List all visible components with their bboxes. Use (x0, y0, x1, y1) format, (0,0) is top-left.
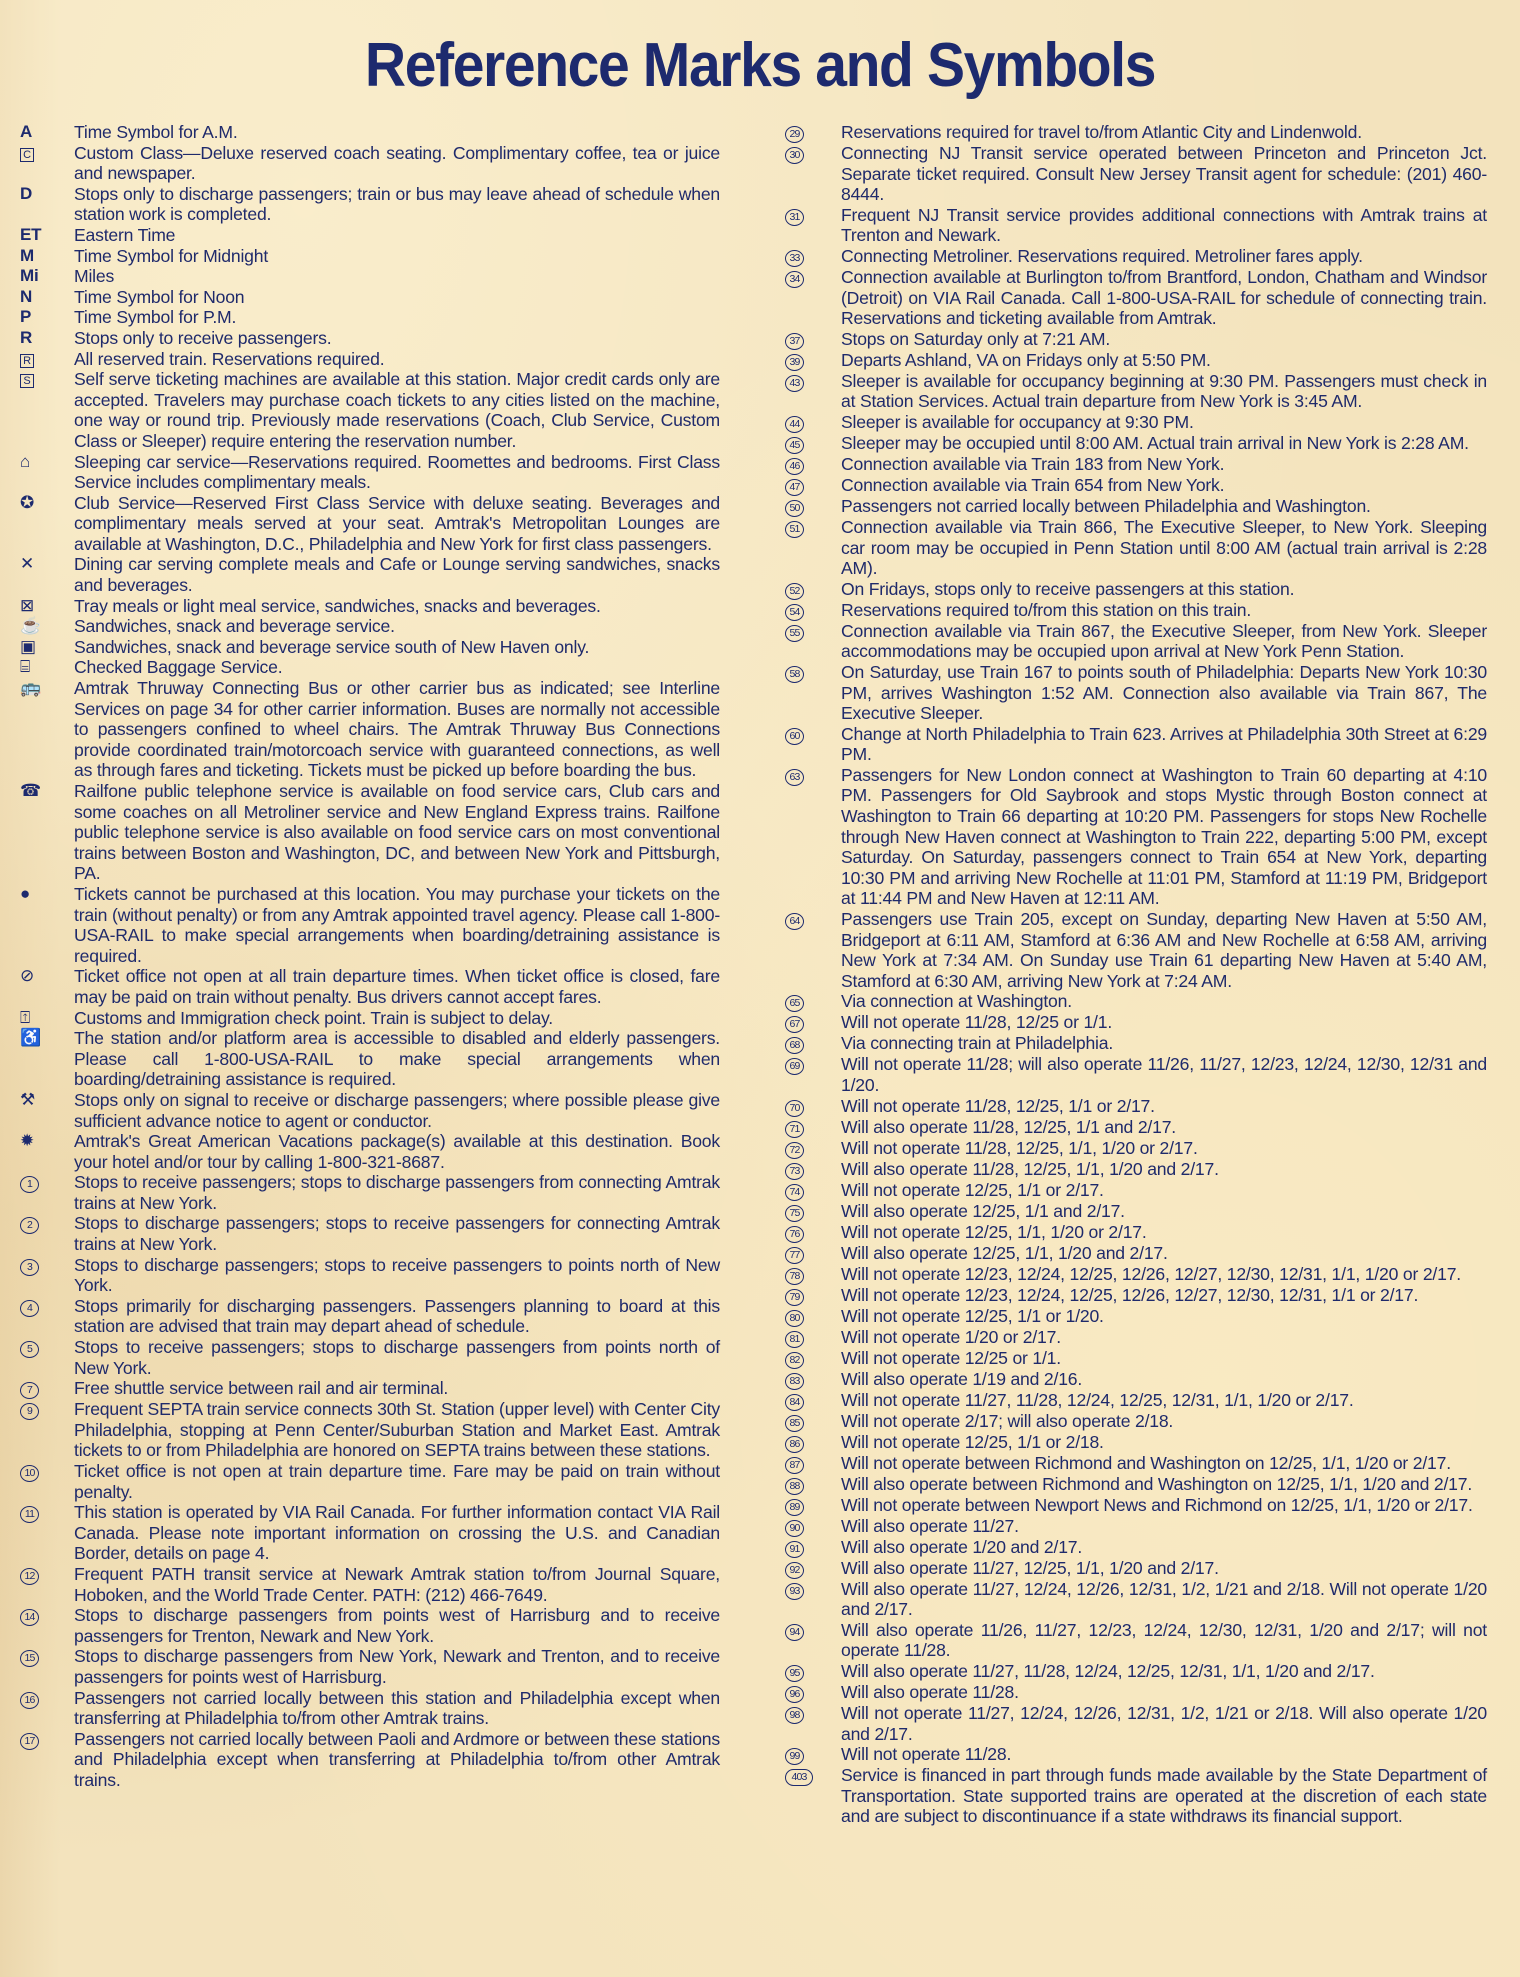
symbol-circled-number: 30 (785, 143, 841, 164)
reference-entry: 5Stops to receive passengers; stops to d… (20, 1337, 720, 1378)
entry-description: Sleeping car service—Reservations requir… (74, 452, 720, 493)
reference-entry: 2Stops to discharge passengers; stops to… (20, 1213, 720, 1254)
club-service-star-icon: ✪ (20, 493, 34, 512)
telephone-icon: ☎ (20, 781, 74, 802)
symbol-circled-number: 29 (785, 122, 841, 143)
reference-entry: 99Will not operate 11/28. (785, 1744, 1487, 1765)
customs-icon: ⍐ (20, 1008, 74, 1029)
symbol-circled-number: 60 (785, 724, 841, 745)
reference-entry: MTime Symbol for Midnight (20, 246, 720, 267)
reference-entry: 90Will also operate 11/27. (785, 1516, 1487, 1537)
reference-entry: 11This station is operated by VIA Rail C… (20, 1502, 720, 1564)
entry-description: Self serve ticketing machines are availa… (74, 369, 720, 451)
reference-entry: 47Connection available via Train 654 fro… (785, 475, 1487, 496)
reference-entry: 50Passengers not carried locally between… (785, 496, 1487, 517)
dining-car-icon: ✕ (20, 554, 34, 573)
entry-description: Sandwiches, snack and beverage service s… (74, 637, 720, 658)
reference-entry: 55Connection available via Train 867, th… (785, 621, 1487, 662)
entry-description: Will not operate 11/28, 12/25, 1/1, 1/20… (841, 1138, 1487, 1159)
symbol-circled-number: 81 (785, 1327, 841, 1348)
entry-description: Stops only to discharge passengers; trai… (74, 184, 720, 225)
reference-entry: 72Will not operate 11/28, 12/25, 1/1, 1/… (785, 1138, 1487, 1159)
reference-entry: 🚌Amtrak Thruway Connecting Bus or other … (20, 678, 720, 781)
entry-description: Stops to discharge passengers; stops to … (74, 1213, 720, 1254)
sleeping-car-icon: ⌂ (20, 452, 30, 471)
reference-entry: SSelf serve ticketing machines are avail… (20, 369, 720, 451)
reference-entry: 69Will not operate 11/28; will also oper… (785, 1054, 1487, 1095)
entry-description: Will also operate 11/27, 11/28, 12/24, 1… (841, 1661, 1487, 1682)
symbol-circled-number: 77 (785, 1243, 841, 1264)
symbol-circled-number: 11 (20, 1502, 74, 1523)
symbol-circled-number: 73 (785, 1159, 841, 1180)
reference-entry: 79Will not operate 12/23, 12/24, 12/25, … (785, 1285, 1487, 1306)
reference-entry: 94Will also operate 11/26, 11/27, 12/23,… (785, 1620, 1487, 1661)
entry-description: Connection available at Burlington to/fr… (841, 267, 1487, 329)
entry-description: Will not operate 12/25, 1/1 or 2/17. (841, 1180, 1487, 1201)
symbol-circled-number: 69 (785, 1054, 841, 1075)
symbol-letter: A (20, 122, 74, 143)
reference-entry: 71Will also operate 11/28, 12/25, 1/1 an… (785, 1117, 1487, 1138)
symbol-circled-number: 51 (785, 517, 841, 538)
wheelchair-icon: ♿ (20, 1028, 74, 1049)
entry-description: Will also operate between Richmond and W… (841, 1474, 1487, 1495)
reference-entry: 76Will not operate 12/25, 1/1, 1/20 or 2… (785, 1222, 1487, 1243)
symbol-circled-number: 64 (785, 909, 841, 930)
reference-entry: MiMiles (20, 266, 720, 287)
symbol-letter: P (20, 307, 74, 328)
reference-entry: 43Sleeper is available for occupancy beg… (785, 371, 1487, 412)
reference-entry: 83Will also operate 1/19 and 2/16. (785, 1369, 1487, 1390)
bus-icon: 🚌 (20, 678, 41, 697)
symbol-letter: R (20, 328, 74, 349)
reference-entry: 67Will not operate 11/28, 12/25 or 1/1. (785, 1012, 1487, 1033)
reference-entry: 30Connecting NJ Transit service operated… (785, 143, 1487, 205)
no-ticket-office-icon: ⊘ (20, 966, 74, 987)
symbol-circled-number: 52 (785, 579, 841, 600)
symbol-circled-number: 44 (785, 412, 841, 433)
entry-description: Time Symbol for Midnight (74, 246, 720, 267)
entry-description: Service is financed in part through fund… (841, 1765, 1487, 1827)
symbol-circled-number: 3 (20, 1255, 74, 1276)
symbol-circled-number: 14 (20, 1605, 74, 1626)
telephone-icon: ☎ (20, 781, 41, 800)
symbol-circled-number: 2 (20, 1213, 74, 1234)
reference-entry: 73Will also operate 11/28, 12/25, 1/1, 1… (785, 1159, 1487, 1180)
reference-entry: 87Will not operate between Richmond and … (785, 1453, 1487, 1474)
reference-entry: 33Connecting Metroliner. Reservations re… (785, 246, 1487, 267)
entry-description: On Fridays, stops only to receive passen… (841, 579, 1487, 600)
entry-description: Checked Baggage Service. (74, 657, 720, 678)
entry-description: Free shuttle service between rail and ai… (74, 1378, 720, 1399)
symbol-letter: ET (20, 225, 74, 246)
vacation-burst-icon: ✹ (20, 1131, 74, 1152)
symbol-circled-number: 70 (785, 1096, 841, 1117)
entry-description: Via connection at Washington. (841, 991, 1487, 1012)
reference-entry: ATime Symbol for A.M. (20, 122, 720, 143)
symbol-circled-number: 10 (20, 1461, 74, 1482)
symbol-circled-number: 86 (785, 1432, 841, 1453)
boxed-cup-icon: ▣ (20, 637, 36, 656)
sleeping-car-icon: ⌂ (20, 452, 74, 473)
entry-description: Connecting Metroliner. Reservations requ… (841, 246, 1487, 267)
reference-entry: 403Service is financed in part through f… (785, 1765, 1487, 1827)
page-title: Reference Marks and Symbols (61, 30, 1459, 101)
right-column: 29Reservations required for travel to/fr… (785, 122, 1487, 1827)
entry-description: Will also operate 1/20 and 2/17. (841, 1537, 1487, 1558)
reference-entry: 65Via connection at Washington. (785, 991, 1487, 1012)
entry-description: Will also operate 11/28, 12/25, 1/1 and … (841, 1117, 1487, 1138)
symbol-circled-number: 43 (785, 371, 841, 392)
entry-description: Stops to discharge passengers from point… (74, 1605, 720, 1646)
entry-description: Will not operate 12/23, 12/24, 12/25, 12… (841, 1285, 1487, 1306)
reference-entry: 34Connection available at Burlington to/… (785, 267, 1487, 329)
reference-entry: 60Change at North Philadelphia to Train … (785, 724, 1487, 765)
reference-entry: 31Frequent NJ Transit service provides a… (785, 205, 1487, 246)
dining-car-icon: ✕ (20, 554, 74, 575)
entry-description: Departs Ashland, VA on Fridays only at 5… (841, 350, 1487, 371)
entry-description: Time Symbol for A.M. (74, 122, 720, 143)
reference-entry: 54Reservations required to/from this sta… (785, 600, 1487, 621)
entry-description: Will not operate 11/28, 12/25, 1/1 or 2/… (841, 1096, 1487, 1117)
symbol-circled-number: 79 (785, 1285, 841, 1306)
reference-entry: 91Will also operate 1/20 and 2/17. (785, 1537, 1487, 1558)
symbol-circled-number: 82 (785, 1348, 841, 1369)
entry-description: Passengers not carried locally between P… (841, 496, 1487, 517)
entry-description: Time Symbol for P.M. (74, 307, 720, 328)
symbol-circled-number: 403 (785, 1765, 841, 1786)
reference-entry: 10Ticket office is not open at train dep… (20, 1461, 720, 1502)
reference-entry: ♿The station and/or platform area is acc… (20, 1028, 720, 1090)
reference-entry: 93Will also operate 11/27, 12/24, 12/26,… (785, 1579, 1487, 1620)
symbol-circled-number: 93 (785, 1579, 841, 1600)
entry-description: Will not operate 1/20 or 2/17. (841, 1327, 1487, 1348)
symbol-boxed-letter: S (20, 369, 74, 390)
entry-description: Reservations required to/from this stati… (841, 600, 1487, 621)
reference-entry: 68Via connecting train at Philadelphia. (785, 1033, 1487, 1054)
entry-description: Connection available via Train 866, The … (841, 517, 1487, 579)
entry-description: Will also operate 11/27. (841, 1516, 1487, 1537)
symbol-circled-number: 15 (20, 1646, 74, 1667)
symbol-circled-number: 55 (785, 621, 841, 642)
reference-entry: ⚒Stops only on signal to receive or disc… (20, 1090, 720, 1131)
reference-entry: ETEastern Time (20, 225, 720, 246)
reference-entry: ⊘Ticket office not open at all train dep… (20, 966, 720, 1007)
entry-description: Custom Class—Deluxe reserved coach seati… (74, 143, 720, 184)
reference-entry: ☎Railfone public telephone service is av… (20, 781, 720, 884)
reference-entry: 39Departs Ashland, VA on Fridays only at… (785, 350, 1487, 371)
symbol-circled-number: 5 (20, 1337, 74, 1358)
customs-icon: ⍐ (20, 1008, 30, 1027)
entry-description: Will not operate 2/17; will also operate… (841, 1411, 1487, 1432)
symbol-circled-number: 67 (785, 1012, 841, 1033)
entry-description: Change at North Philadelphia to Train 62… (841, 724, 1487, 765)
reference-entry: 17Passengers not carried locally between… (20, 1729, 720, 1791)
reference-entry: 89Will not operate between Newport News … (785, 1495, 1487, 1516)
reference-entry: 44Sleeper is available for occupancy at … (785, 412, 1487, 433)
symbol-circled-number: 90 (785, 1516, 841, 1537)
symbol-circled-number: 80 (785, 1306, 841, 1327)
entry-description: Stops to receive passengers; stops to di… (74, 1337, 720, 1378)
reference-entry: ⍐Customs and Immigration check point. Tr… (20, 1008, 720, 1029)
reference-entry: 45Sleeper may be occupied until 8:00 AM.… (785, 433, 1487, 454)
entry-description: Passengers not carried locally between t… (74, 1688, 720, 1729)
entry-description: Sandwiches, snack and beverage service. (74, 616, 720, 637)
reference-entry: DStops only to discharge passengers; tra… (20, 184, 720, 225)
symbol-circled-number: 31 (785, 205, 841, 226)
entry-description: Tickets cannot be purchased at this loca… (74, 884, 720, 966)
entry-description: Will also operate 12/25, 1/1 and 2/17. (841, 1201, 1487, 1222)
entry-description: Stops to discharge passengers; stops to … (74, 1255, 720, 1296)
symbol-circled-number: 85 (785, 1411, 841, 1432)
entry-description: Tray meals or light meal service, sandwi… (74, 596, 720, 617)
filled-dot-icon: ● (20, 884, 74, 905)
symbol-boxed-letter: C (20, 143, 74, 164)
reference-entry: 29Reservations required for travel to/fr… (785, 122, 1487, 143)
symbol-circled-number: 16 (20, 1688, 74, 1709)
symbol-circled-number: 54 (785, 600, 841, 621)
symbol-circled-number: 94 (785, 1620, 841, 1641)
entry-description: Time Symbol for Noon (74, 287, 720, 308)
entry-description: Eastern Time (74, 225, 720, 246)
cup-icon: ☕ (20, 616, 41, 635)
symbol-letter: Mi (20, 266, 74, 287)
entry-description: Stops to receive passengers; stops to di… (74, 1172, 720, 1213)
symbol-circled-number: 17 (20, 1729, 74, 1750)
baggage-icon: ⌸ (20, 657, 74, 678)
symbol-circled-number: 92 (785, 1558, 841, 1579)
reference-entry: 75Will also operate 12/25, 1/1 and 2/17. (785, 1201, 1487, 1222)
reference-entry: 4Stops primarily for discharging passeng… (20, 1296, 720, 1337)
entry-description: Stops primarily for discharging passenge… (74, 1296, 720, 1337)
symbol-circled-number: 47 (785, 475, 841, 496)
symbol-circled-number: 99 (785, 1744, 841, 1765)
reference-entry: ✪Club Service—Reserved First Class Servi… (20, 493, 720, 555)
boxed-cup-icon: ▣ (20, 637, 74, 658)
reference-entry: 51Connection available via Train 866, Th… (785, 517, 1487, 579)
entry-description: Will also operate 11/26, 11/27, 12/23, 1… (841, 1620, 1487, 1661)
symbol-circled-number: 9 (20, 1399, 74, 1420)
reference-entry: 78Will not operate 12/23, 12/24, 12/25, … (785, 1264, 1487, 1285)
tray-meal-icon: ⊠ (20, 596, 74, 617)
symbol-circled-number: 63 (785, 765, 841, 786)
reference-entry: 82Will not operate 12/25 or 1/1. (785, 1348, 1487, 1369)
reference-entry: 64Passengers use Train 205, except on Su… (785, 909, 1487, 991)
entry-description: Will not operate between Richmond and Wa… (841, 1453, 1487, 1474)
symbol-circled-number: 33 (785, 246, 841, 267)
reference-entry: 81Will not operate 1/20 or 2/17. (785, 1327, 1487, 1348)
reference-entry: 85Will not operate 2/17; will also opera… (785, 1411, 1487, 1432)
reference-entry: 9Frequent SEPTA train service connects 3… (20, 1399, 720, 1461)
entry-description: Sleeper is available for occupancy begin… (841, 371, 1487, 412)
symbol-circled-number: 72 (785, 1138, 841, 1159)
entry-description: Will not operate 12/25 or 1/1. (841, 1348, 1487, 1369)
symbol-circled-number: 58 (785, 662, 841, 683)
entry-description: Stops only to receive passengers. (74, 328, 720, 349)
entry-description: Will not operate between Newport News an… (841, 1495, 1487, 1516)
symbol-circled-number: 50 (785, 496, 841, 517)
reference-entry: 98Will not operate 11/27, 12/24, 12/26, … (785, 1703, 1487, 1744)
filled-dot-icon: ● (20, 884, 30, 903)
symbol-circled-number: 46 (785, 454, 841, 475)
entry-description: Frequent NJ Transit service provides add… (841, 205, 1487, 246)
symbol-circled-number: 88 (785, 1474, 841, 1495)
entry-description: Passengers not carried locally between P… (74, 1729, 720, 1791)
entry-description: Club Service—Reserved First Class Servic… (74, 493, 720, 555)
reference-entry: ✹Amtrak's Great American Vacations packa… (20, 1131, 720, 1172)
entry-description: Passengers use Train 205, except on Sund… (841, 909, 1487, 991)
entry-description: Will not operate 12/25, 1/1, 1/20 or 2/1… (841, 1222, 1487, 1243)
symbol-letter: D (20, 184, 74, 205)
entry-description: Amtrak Thruway Connecting Bus or other c… (74, 678, 720, 781)
symbol-letter: N (20, 287, 74, 308)
vacation-burst-icon: ✹ (20, 1131, 34, 1150)
reference-entry: ⌸Checked Baggage Service. (20, 657, 720, 678)
symbol-circled-number: 84 (785, 1390, 841, 1411)
reference-entry: 88Will also operate between Richmond and… (785, 1474, 1487, 1495)
entry-description: Will not operate 11/27, 12/24, 12/26, 12… (841, 1703, 1487, 1744)
symbol-circled-number: 83 (785, 1369, 841, 1390)
reference-entry: 95Will also operate 11/27, 11/28, 12/24,… (785, 1661, 1487, 1682)
flag-stop-icon: ⚒ (20, 1090, 35, 1109)
entry-description: Will not operate 12/23, 12/24, 12/25, 12… (841, 1264, 1487, 1285)
reference-entry: ✕Dining car serving complete meals and C… (20, 554, 720, 595)
club-service-star-icon: ✪ (20, 493, 74, 514)
entry-description: Will not operate 11/28. (841, 1744, 1487, 1765)
reference-entry: 1Stops to receive passengers; stops to d… (20, 1172, 720, 1213)
entry-description: Will also operate 11/28, 12/25, 1/1, 1/2… (841, 1159, 1487, 1180)
reference-entry: 63Passengers for New London connect at W… (785, 765, 1487, 909)
reference-entry: 86Will not operate 12/25, 1/1 or 2/18. (785, 1432, 1487, 1453)
entry-description: Will also operate 11/27, 12/25, 1/1, 1/2… (841, 1558, 1487, 1579)
reference-entry: 77Will also operate 12/25, 1/1, 1/20 and… (785, 1243, 1487, 1264)
symbol-circled-number: 75 (785, 1201, 841, 1222)
entry-description: Will not operate 11/28; will also operat… (841, 1054, 1487, 1095)
symbol-circled-number: 74 (785, 1180, 841, 1201)
reference-entry: ⌂Sleeping car service—Reservations requi… (20, 452, 720, 493)
reference-entry: RAll reserved train. Reservations requir… (20, 349, 720, 370)
reference-entry: ▣Sandwiches, snack and beverage service … (20, 637, 720, 658)
entry-description: Railfone public telephone service is ava… (74, 781, 720, 884)
entry-description: Sleeper may be occupied until 8:00 AM. A… (841, 433, 1487, 454)
reference-entry: 74Will not operate 12/25, 1/1 or 2/17. (785, 1180, 1487, 1201)
entry-description: Will not operate 12/25, 1/1 or 2/18. (841, 1432, 1487, 1453)
entry-description: Will also operate 1/19 and 2/16. (841, 1369, 1487, 1390)
entry-description: Connection available via Train 183 from … (841, 454, 1487, 475)
symbol-circled-number: 71 (785, 1117, 841, 1138)
cup-icon: ☕ (20, 616, 74, 637)
reference-entry: NTime Symbol for Noon (20, 287, 720, 308)
entry-description: Stops only on signal to receive or disch… (74, 1090, 720, 1131)
reference-entry: 70Will not operate 11/28, 12/25, 1/1 or … (785, 1096, 1487, 1117)
entry-description: Will not operate 11/27, 11/28, 12/24, 12… (841, 1390, 1487, 1411)
reference-entry: 12Frequent PATH transit service at Newar… (20, 1564, 720, 1605)
entry-description: On Saturday, use Train 167 to points sou… (841, 662, 1487, 724)
entry-description: Ticket office not open at all train depa… (74, 966, 720, 1007)
symbol-circled-number: 39 (785, 350, 841, 371)
reference-entry: PTime Symbol for P.M. (20, 307, 720, 328)
entry-description: Will also operate 12/25, 1/1, 1/20 and 2… (841, 1243, 1487, 1264)
bus-icon: 🚌 (20, 678, 74, 699)
reference-entry: CCustom Class—Deluxe reserved coach seat… (20, 143, 720, 184)
entry-description: Customs and Immigration check point. Tra… (74, 1008, 720, 1029)
reference-entry: ⊠Tray meals or light meal service, sandw… (20, 596, 720, 617)
reference-entry: ●Tickets cannot be purchased at this loc… (20, 884, 720, 966)
entry-description: Passengers for New London connect at Was… (841, 765, 1487, 909)
reference-entry: 46Connection available via Train 183 fro… (785, 454, 1487, 475)
entry-description: Frequent PATH transit service at Newark … (74, 1564, 720, 1605)
entry-description: Sleeper is available for occupancy at 9:… (841, 412, 1487, 433)
reference-entry: ☕Sandwiches, snack and beverage service. (20, 616, 720, 637)
symbol-circled-number: 7 (20, 1378, 74, 1399)
symbol-circled-number: 91 (785, 1537, 841, 1558)
no-ticket-office-icon: ⊘ (20, 966, 34, 985)
reference-entry: 16Passengers not carried locally between… (20, 1688, 720, 1729)
symbol-circled-number: 68 (785, 1033, 841, 1054)
reference-entry: 14Stops to discharge passengers from poi… (20, 1605, 720, 1646)
flag-stop-icon: ⚒ (20, 1090, 74, 1111)
entry-description: Dining car serving complete meals and Ca… (74, 554, 720, 595)
symbol-circled-number: 95 (785, 1661, 841, 1682)
reference-entry: 7Free shuttle service between rail and a… (20, 1378, 720, 1399)
entry-description: This station is operated by VIA Rail Can… (74, 1502, 720, 1564)
symbol-circled-number: 37 (785, 329, 841, 350)
tray-meal-icon: ⊠ (20, 596, 34, 615)
symbol-circled-number: 34 (785, 267, 841, 288)
entry-description: Will not operate 11/28, 12/25 or 1/1. (841, 1012, 1487, 1033)
symbol-letter: M (20, 246, 74, 267)
symbol-circled-number: 89 (785, 1495, 841, 1516)
entry-description: Amtrak's Great American Vacations packag… (74, 1131, 720, 1172)
symbol-circled-number: 45 (785, 433, 841, 454)
reference-entry: 52On Fridays, stops only to receive pass… (785, 579, 1487, 600)
symbol-circled-number: 87 (785, 1453, 841, 1474)
baggage-icon: ⌸ (20, 657, 30, 676)
symbol-circled-number: 65 (785, 991, 841, 1012)
symbol-circled-number: 1 (20, 1172, 74, 1193)
entry-description: Will also operate 11/28. (841, 1682, 1487, 1703)
reference-entry: 3Stops to discharge passengers; stops to… (20, 1255, 720, 1296)
entry-description: Miles (74, 266, 720, 287)
symbol-circled-number: 78 (785, 1264, 841, 1285)
symbol-circled-number: 98 (785, 1703, 841, 1724)
reference-entry: 92Will also operate 11/27, 12/25, 1/1, 1… (785, 1558, 1487, 1579)
entry-description: Connection available via Train 867, the … (841, 621, 1487, 662)
symbol-circled-number: 76 (785, 1222, 841, 1243)
left-column: ATime Symbol for A.M.CCustom Class—Delux… (20, 122, 720, 1791)
entry-description: Will not operate 12/25, 1/1 or 1/20. (841, 1306, 1487, 1327)
entry-description: The station and/or platform area is acce… (74, 1028, 720, 1090)
entry-description: Connection available via Train 654 from … (841, 475, 1487, 496)
entry-description: Stops to discharge passengers from New Y… (74, 1646, 720, 1687)
reference-entry: 58On Saturday, use Train 167 to points s… (785, 662, 1487, 724)
reference-entry: RStops only to receive passengers. (20, 328, 720, 349)
symbol-circled-number: 96 (785, 1682, 841, 1703)
reference-entry: 37Stops on Saturday only at 7:21 AM. (785, 329, 1487, 350)
entry-description: Connecting NJ Transit service operated b… (841, 143, 1487, 205)
reference-entry: 15Stops to discharge passengers from New… (20, 1646, 720, 1687)
entry-description: Ticket office is not open at train depar… (74, 1461, 720, 1502)
symbol-circled-number: 12 (20, 1564, 74, 1585)
entry-description: Via connecting train at Philadelphia. (841, 1033, 1487, 1054)
entry-description: Frequent SEPTA train service connects 30… (74, 1399, 720, 1461)
entry-description: Will also operate 11/27, 12/24, 12/26, 1… (841, 1579, 1487, 1620)
entry-description: Reservations required for travel to/from… (841, 122, 1487, 143)
wheelchair-icon: ♿ (20, 1028, 41, 1047)
reference-entry: 80Will not operate 12/25, 1/1 or 1/20. (785, 1306, 1487, 1327)
entry-description: Stops on Saturday only at 7:21 AM. (841, 329, 1487, 350)
symbol-circled-number: 4 (20, 1296, 74, 1317)
symbol-boxed-letter: R (20, 349, 74, 370)
